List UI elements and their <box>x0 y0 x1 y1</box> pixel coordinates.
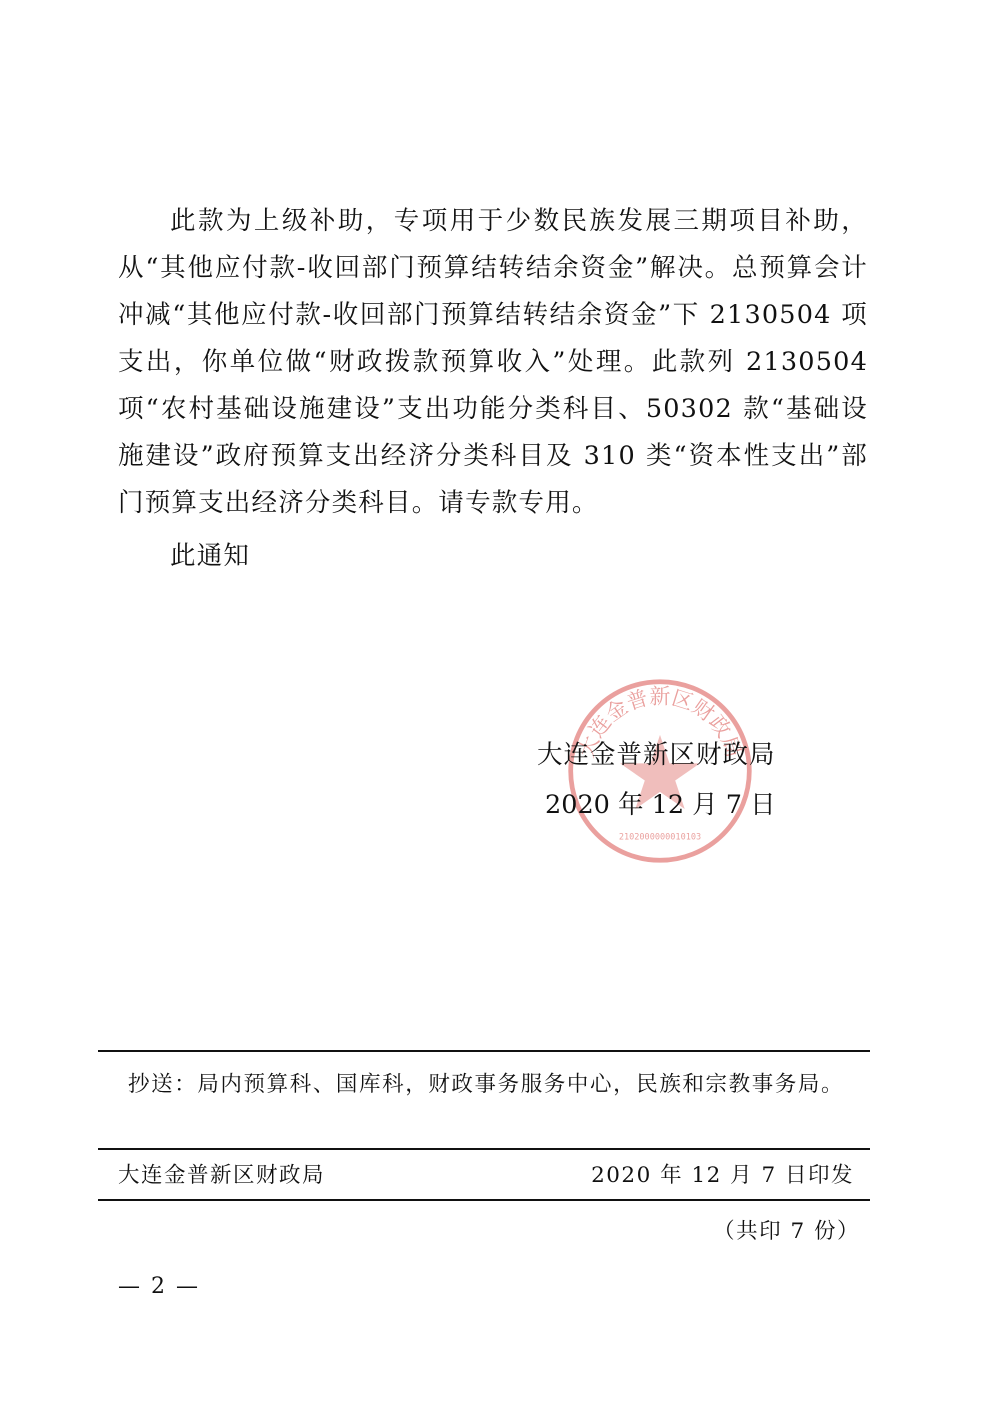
closing-line: 此通知 <box>170 536 250 572</box>
footer-divider-bottom <box>98 1199 870 1201</box>
copies-count: （共印 7 份） <box>713 1214 860 1245</box>
body-paragraph: 此款为上级补助，专项用于少数民族发展三期项目补助，从“其他应付款-收回部门预算结… <box>118 198 868 527</box>
issuer-name: 大连金普新区财政局 <box>118 1158 325 1189</box>
issue-date: 2020 年 12 月 7 日印发 <box>591 1158 854 1189</box>
body-paragraph-container: 此款为上级补助，专项用于少数民族发展三期项目补助，从“其他应付款-收回部门预算结… <box>118 198 868 527</box>
cc-recipients: 局内预算科、国库科，财政事务服务中心，民族和宗教事务局。 <box>197 1072 844 1097</box>
signature-date: 2020 年 12 月 7 日 <box>545 785 776 821</box>
footer-divider-middle <box>98 1148 870 1150</box>
official-seal-icon: 大连金普新区财政局 2102000000010103 <box>565 676 755 866</box>
cc-label: 抄送： <box>118 1072 197 1097</box>
page-number: — 2 — <box>118 1274 200 1299</box>
signature-organization: 大连金普新区财政局 <box>537 735 776 771</box>
cc-block: 抄送：局内预算科、国库科，财政事务服务中心，民族和宗教事务局。 <box>118 1063 858 1107</box>
svg-text:2102000000010103: 2102000000010103 <box>619 832 701 842</box>
footer-divider-top <box>98 1050 870 1052</box>
